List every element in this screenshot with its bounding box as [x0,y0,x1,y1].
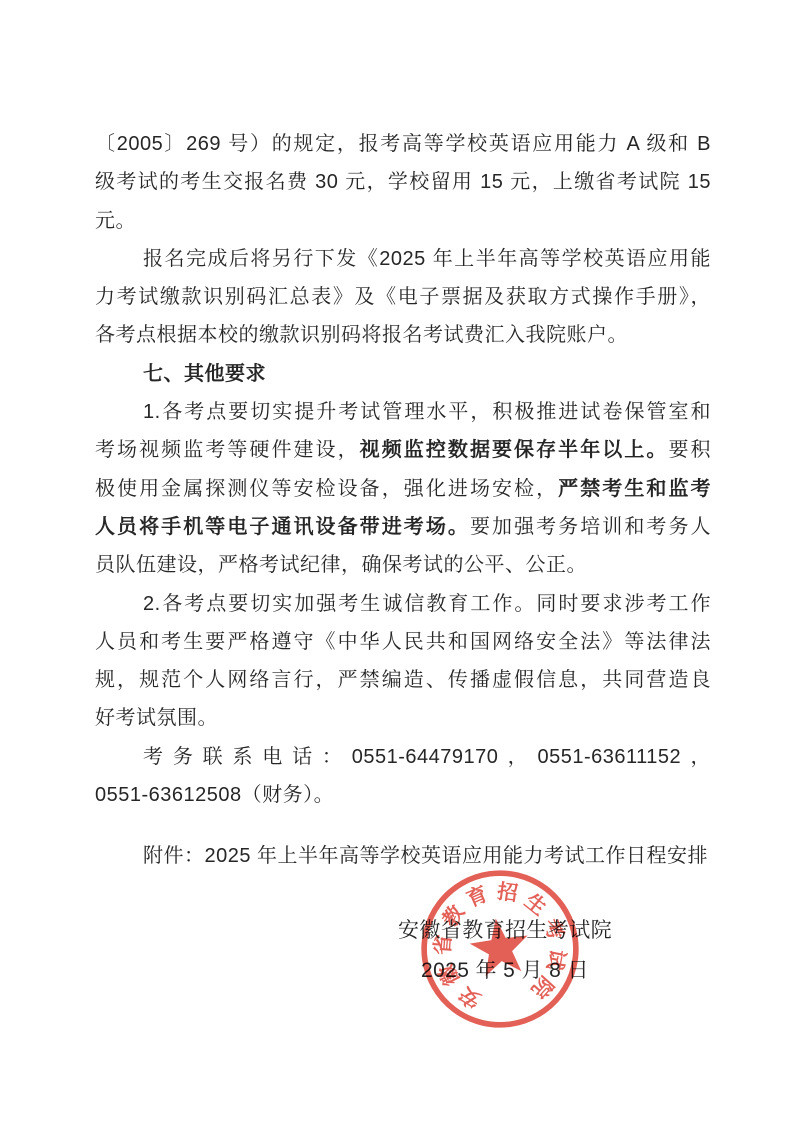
text-segment: 极使用金属探测仪等安检设备，强化进场安检， [95,478,558,500]
text-line: 0551-63612508（财务）。 [95,776,711,814]
text-line: 〔2005〕269 号）的规定，报考高等学校英语应用能力 A 级和 B [95,125,711,163]
text-line: 考场视频监考等硬件建设，视频监控数据要保存半年以上。要积 [95,431,711,469]
text-segment: 要加强考务培训和考务人 [470,516,711,538]
text-line: 级考试的考生交报名费 30 元，学校留用 15 元，上缴省考试院 15 [95,163,711,201]
text-line: 七、其他要求 [95,355,711,393]
text-line: 人员和考生要严格遵守《中华人民共和国网络安全法》等法律法 [95,623,711,661]
text-line: 员队伍建设，严格考试纪律，确保考试的公平、公正。 [95,546,711,584]
bold-text-segment: 严禁考生和监考 [558,478,711,500]
text-line: 好考试氛围。 [95,699,711,737]
text-segment: 员队伍建设，严格考试纪律，确保考试的公平、公正。 [95,554,587,576]
text-segment: 人员和考生要严格遵守《中华人民共和国网络安全法》等法律法 [95,631,711,653]
official-seal: 安徽省教育招生考试院 [418,867,582,1031]
bold-text-segment: 七、其他要求 [143,363,266,385]
seal-arc-char: 徽 [433,960,464,990]
text-segment: 级考试的考生交报名费 30 元，学校留用 15 元，上缴省考试院 15 [95,171,711,193]
bold-text-segment: 人员将手机等电子通讯设备带进考场。 [95,516,470,538]
text-line: 各考点根据本校的缴款识别码将报名考试费汇入我院账户。 [95,316,711,354]
text-segment: 2.各考点要切实加强考生诚信教育工作。同时要求涉考工作 [143,593,711,615]
document-page: 〔2005〕269 号）的规定，报考高等学校英语应用能力 A 级和 B级考试的考… [0,0,793,1122]
seal-arc-char: 院 [526,972,558,1004]
text-line: 1.各考点要切实提升考试管理水平，积极推进试卷保管室和 [95,393,711,431]
text-segment: 各考点根据本校的缴款识别码将报名考试费汇入我院账户。 [95,324,628,346]
seal-arc-char: 安 [454,982,485,1013]
text-line: 人员将手机等电子通讯设备带进考场。要加强考务培训和考务人 [95,508,711,546]
seal-arc-char: 教 [438,900,470,931]
seal-arc-char: 考 [539,915,569,943]
document-body: 〔2005〕269 号）的规定，报考高等学校英语应用能力 A 级和 B级考试的考… [95,125,711,814]
text-segment: 报名完成后将另行下发《2025 年上半年高等学校英语应用能 [143,248,711,270]
seal-arc-char: 生 [520,889,551,921]
seal-arc-char: 育 [463,881,491,911]
text-segment: 考务联系电话：0551-64479170，0551-63611152， [143,746,711,768]
seal-arc-char: 招 [496,879,520,906]
text-segment: 规，规范个人网络言行，严禁编造、传播虚假信息，共同营造良 [95,669,711,691]
text-line: 力考试缴款识别码汇总表》及《电子票据及获取方式操作手册》， [95,278,711,316]
text-segment: 考场视频监考等硬件建设， [95,439,360,461]
seal-arc-char: 省 [430,933,455,956]
text-line: 极使用金属探测仪等安检设备，强化进场安检，严禁考生和监考 [95,470,711,508]
text-line: 元。 [95,202,711,240]
seal-arc-char: 试 [542,947,569,972]
text-line: 规，规范个人网络言行，严禁编造、传播虚假信息，共同营造良 [95,661,711,699]
text-line: 报名完成后将另行下发《2025 年上半年高等学校英语应用能 [95,240,711,278]
text-line: 2.各考点要切实加强考生诚信教育工作。同时要求涉考工作 [95,585,711,623]
text-segment: 1.各考点要切实提升考试管理水平，积极推进试卷保管室和 [143,401,711,423]
seal-star [467,914,533,977]
text-segment: 元。 [95,210,136,232]
bold-text-segment: 视频监控数据要保存半年以上。 [360,439,669,461]
text-segment: 0551-63612508（财务）。 [95,784,334,806]
text-segment: 好考试氛围。 [95,707,218,729]
text-segment: 要积 [668,439,711,461]
text-segment: 〔2005〕269 号）的规定，报考高等学校英语应用能力 A 级和 B [95,133,711,155]
text-segment: 力考试缴款识别码汇总表》及《电子票据及获取方式操作手册》， [95,286,711,308]
text-line: 考务联系电话：0551-64479170，0551-63611152， [95,738,711,776]
